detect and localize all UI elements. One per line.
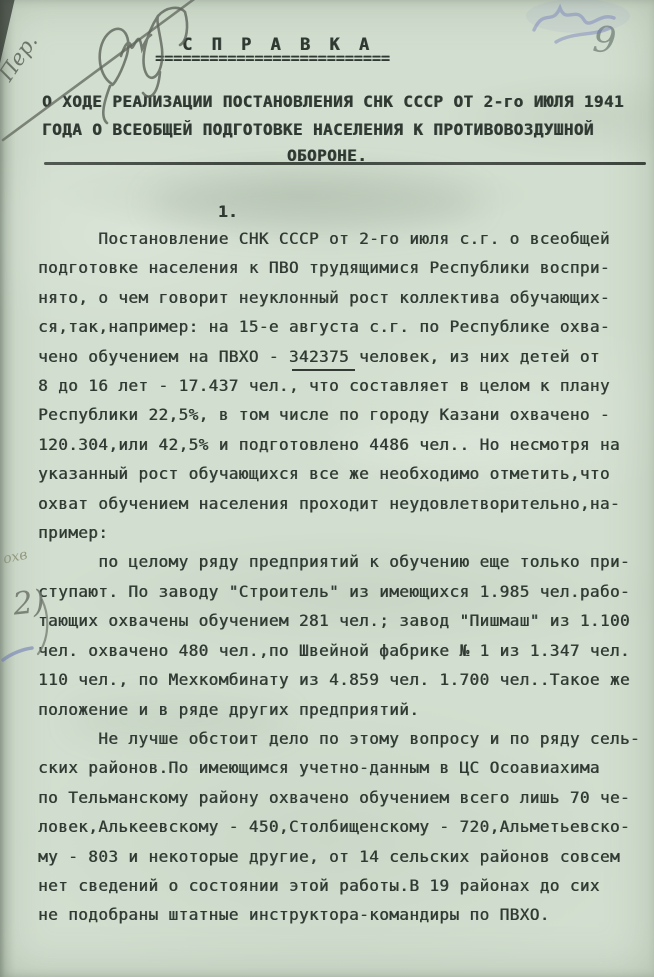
number-342375-underline [292, 369, 355, 371]
paragraph-3: Не лучше обстоит дело по этому вопросу и… [38, 724, 640, 930]
paragraph-2: по целому ряду предприятий к обучению ещ… [38, 547, 640, 723]
handwritten-margin-note-okhv: охв [2, 547, 29, 568]
handwritten-page-number: 9 [591, 19, 618, 62]
paper-smudge [150, 175, 480, 230]
subject-line-2: ГОДА О ВСЕОБЩЕЙ ПОДГОТОВКЕ НАСЕЛЕНИЯ К П… [42, 115, 594, 144]
paragraph-1: Постановление СНК СССР от 2-го июля с.г.… [38, 224, 640, 547]
handwritten-corner-note: Пер. [0, 30, 42, 86]
subject-line-3: ОБОРОНЕ. [0, 141, 654, 170]
blue-margin-dash [3, 648, 32, 660]
document-body: Постановление СНК СССР от 2-го июля с.г.… [38, 224, 640, 930]
scanned-document-page: С П Р А В К А ==========================… [0, 0, 654, 977]
subject-underline-rule [44, 162, 646, 165]
handwritten-margin-note-2: 2) [11, 583, 46, 622]
title-underline-dashes: ========================== [155, 49, 390, 67]
subject-line-1: О ХОДЕ РЕАЛИЗАЦИИ ПОСТАНОВЛЕНИЯ СНК СССР… [42, 87, 624, 116]
section-number: 1. [218, 197, 238, 226]
